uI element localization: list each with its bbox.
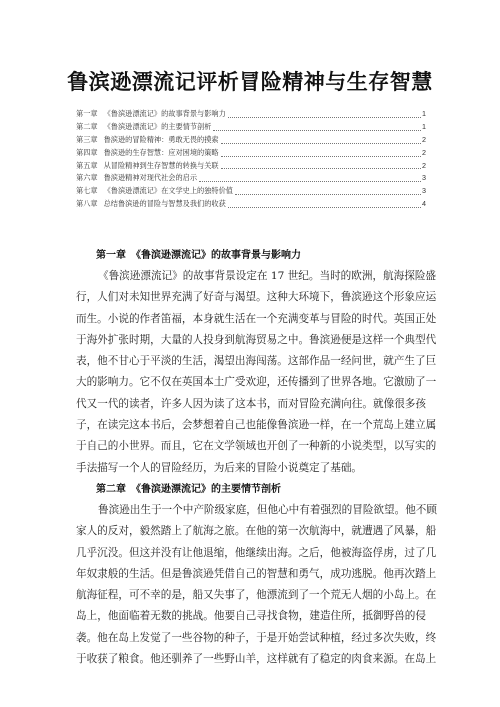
chapter-1-section: 第一章 《鲁滨逊漂流记》的故事背景与影响力 《鲁滨逊漂流记》的故事背景设定在 1… (76, 245, 426, 479)
paragraph-line: 家人的反对，毅然踏上了航海之旅。在他的第一次航海中，就遭遇了风暴，船 (76, 521, 426, 542)
toc-entry-title: 鲁滨逊的生存智慧：应对困境的策略 (104, 147, 219, 160)
toc-dot-leader (221, 142, 421, 144)
toc-dot-leader (213, 129, 421, 131)
toc-page-number: 3 (422, 185, 426, 198)
toc-chapter-label: 第六章 (76, 172, 98, 185)
toc-dot-leader (221, 155, 421, 157)
toc-page-number: 3 (422, 172, 426, 185)
toc-page-number: 1 (422, 108, 426, 121)
toc-dot-leader (221, 167, 421, 169)
paragraph-line: 航海征程，可不幸的是，船又失事了，他漂流到了一个荒无人烟的小岛上。在 (76, 585, 426, 606)
toc-page-number: 2 (422, 160, 426, 173)
paragraph-line: 于收获了粮食。他还驯养了一些野山羊，这样就有了稳定的肉食来源。在岛上 (76, 649, 426, 670)
paragraph-line: 岛上，他面临着无数的挑战。他要自己寻找食物，建造住所，抵御野兽的侵 (76, 606, 426, 627)
toc-dot-leader (235, 193, 421, 195)
paragraph-line: 手法描写一个人的冒险经历，为后来的冒险小说奠定了基础。 (76, 458, 426, 479)
paragraph-line: 于海外扩张时期，大量的人投身到航海贸易之中。鲁滨逊便是这样一个典型代 (76, 330, 426, 351)
toc-entry-title: 鲁滨逊精神对现代社会的启示 (104, 172, 197, 185)
toc-dot-leader (228, 206, 421, 208)
toc-entry-title: 《鲁滨逊漂流记》的故事背景与影响力 (104, 108, 226, 121)
paragraph-line: 《鲁滨逊漂流记》的故事背景设定在 17 世纪。当时的欧洲，航海探险盛 (76, 266, 426, 287)
paragraph-line: 鲁滨逊出生于一个中产阶级家庭，但他心中有着强烈的冒险欲望。他不顾 (76, 500, 426, 521)
table-of-contents: 第一章 《鲁滨逊漂流记》的故事背景与影响力 1 第二章 《鲁滨逊漂流记》的主要情… (76, 108, 426, 211)
toc-chapter-label: 第八章 (76, 198, 98, 211)
toc-chapter-label: 第三章 (76, 134, 98, 147)
toc-page-number: 2 (422, 147, 426, 160)
document-title: 鲁滨逊漂流记评析冒险精神与生存智慧 (0, 66, 500, 96)
toc-entry-title: 总结鲁滨逊的冒险与智慧及我们的收获 (104, 198, 226, 211)
document-body: 第一章 《鲁滨逊漂流记》的故事背景与影响力 《鲁滨逊漂流记》的故事背景设定在 1… (76, 245, 426, 670)
chapter-1-paragraph: 《鲁滨逊漂流记》的故事背景设定在 17 世纪。当时的欧洲，航海探险盛 行，人们对… (76, 266, 426, 479)
toc-entry-3[interactable]: 第三章 鲁滨逊的冒险精神：勇敢无畏的摸索 2 (76, 134, 426, 147)
chapter-2-paragraph: 鲁滨逊出生于一个中产阶级家庭，但他心中有着强烈的冒险欲望。他不顾 家人的反对，毅… (76, 500, 426, 670)
paragraph-line: 表，他不甘心于平淡的生活，渴望出海闯荡。这部作品一经问世，就产生了巨 (76, 351, 426, 372)
chapter-1-heading: 第一章 《鲁滨逊漂流记》的故事背景与影响力 (76, 245, 426, 266)
toc-entry-7[interactable]: 第七章 《鲁滨逊漂流记》在文学史上的独特价值 3 (76, 185, 426, 198)
toc-entry-1[interactable]: 第一章 《鲁滨逊漂流记》的故事背景与影响力 1 (76, 108, 426, 121)
toc-chapter-label: 第五章 (76, 160, 98, 173)
paragraph-line: 大的影响力。它不仅在英国本土广受欢迎，还传播到了世界各地。它激励了一 (76, 372, 426, 393)
paragraph-line: 袭。他在岛上发觉了一些谷物的种子，于是开始尝试种植，经过多次失败，终 (76, 628, 426, 649)
toc-dot-leader (199, 180, 421, 182)
toc-entry-5[interactable]: 第五章 从冒险精神到生存智慧的转换与关联 2 (76, 160, 426, 173)
toc-page-number: 4 (422, 198, 426, 211)
toc-entry-title: 鲁滨逊的冒险精神：勇敢无畏的摸索 (104, 134, 219, 147)
toc-chapter-label: 第四章 (76, 147, 98, 160)
toc-entry-4[interactable]: 第四章 鲁滨逊的生存智慧：应对困境的策略 2 (76, 147, 426, 160)
toc-chapter-label: 第七章 (76, 185, 98, 198)
paragraph-line: 子，在读完这本书后，会梦想着自己也能像鲁滨逊一样，在一个荒岛上建立属 (76, 415, 426, 436)
paragraph-line: 代又一代的读者，许多人因为读了这本书，而对冒险充满向往。就像很多孩 (76, 394, 426, 415)
toc-entry-8[interactable]: 第八章 总结鲁滨逊的冒险与智慧及我们的收获 4 (76, 198, 426, 211)
toc-entry-title: 从冒险精神到生存智慧的转换与关联 (104, 160, 219, 173)
toc-page-number: 1 (422, 121, 426, 134)
toc-entry-6[interactable]: 第六章 鲁滨逊精神对现代社会的启示 3 (76, 172, 426, 185)
toc-entry-2[interactable]: 第二章 《鲁滨逊漂流记》的主要情节剖析 1 (76, 121, 426, 134)
toc-entry-title: 《鲁滨逊漂流记》在文学史上的独特价值 (104, 185, 233, 198)
document-page: 鲁滨逊漂流记评析冒险精神与生存智慧 第一章 《鲁滨逊漂流记》的故事背景与影响力 … (0, 0, 500, 707)
paragraph-line: 年奴隶般的生活。但是鲁滨逊凭借自己的智慧和勇气，成功逃脱。他再次踏上 (76, 564, 426, 585)
paragraph-line: 行，人们对未知世界充满了好奇与渴望。这种大环境下，鲁滨逊这个形象应运 (76, 287, 426, 308)
toc-chapter-label: 第二章 (76, 121, 98, 134)
chapter-2-section: 第二章 《鲁滨逊漂流记》的主要情节剖析 鲁滨逊出生于一个中产阶级家庭，但他心中有… (76, 479, 426, 670)
toc-chapter-label: 第一章 (76, 108, 98, 121)
toc-page-number: 2 (422, 134, 426, 147)
paragraph-line: 而生。小说的作者笛福，本身就生活在一个充满变革与冒险的时代。英国正处 (76, 309, 426, 330)
chapter-2-heading: 第二章 《鲁滨逊漂流记》的主要情节剖析 (76, 479, 426, 500)
paragraph-line: 于自己的小世界。而且，它在文学领域也开创了一种新的小说类型，以写实的 (76, 436, 426, 457)
toc-dot-leader (228, 116, 421, 118)
toc-entry-title: 《鲁滨逊漂流记》的主要情节剖析 (104, 121, 212, 134)
paragraph-line: 几乎沉没。但这并没有让他退缩，他继续出海。之后，他被海盗俘虏，过了几 (76, 543, 426, 564)
